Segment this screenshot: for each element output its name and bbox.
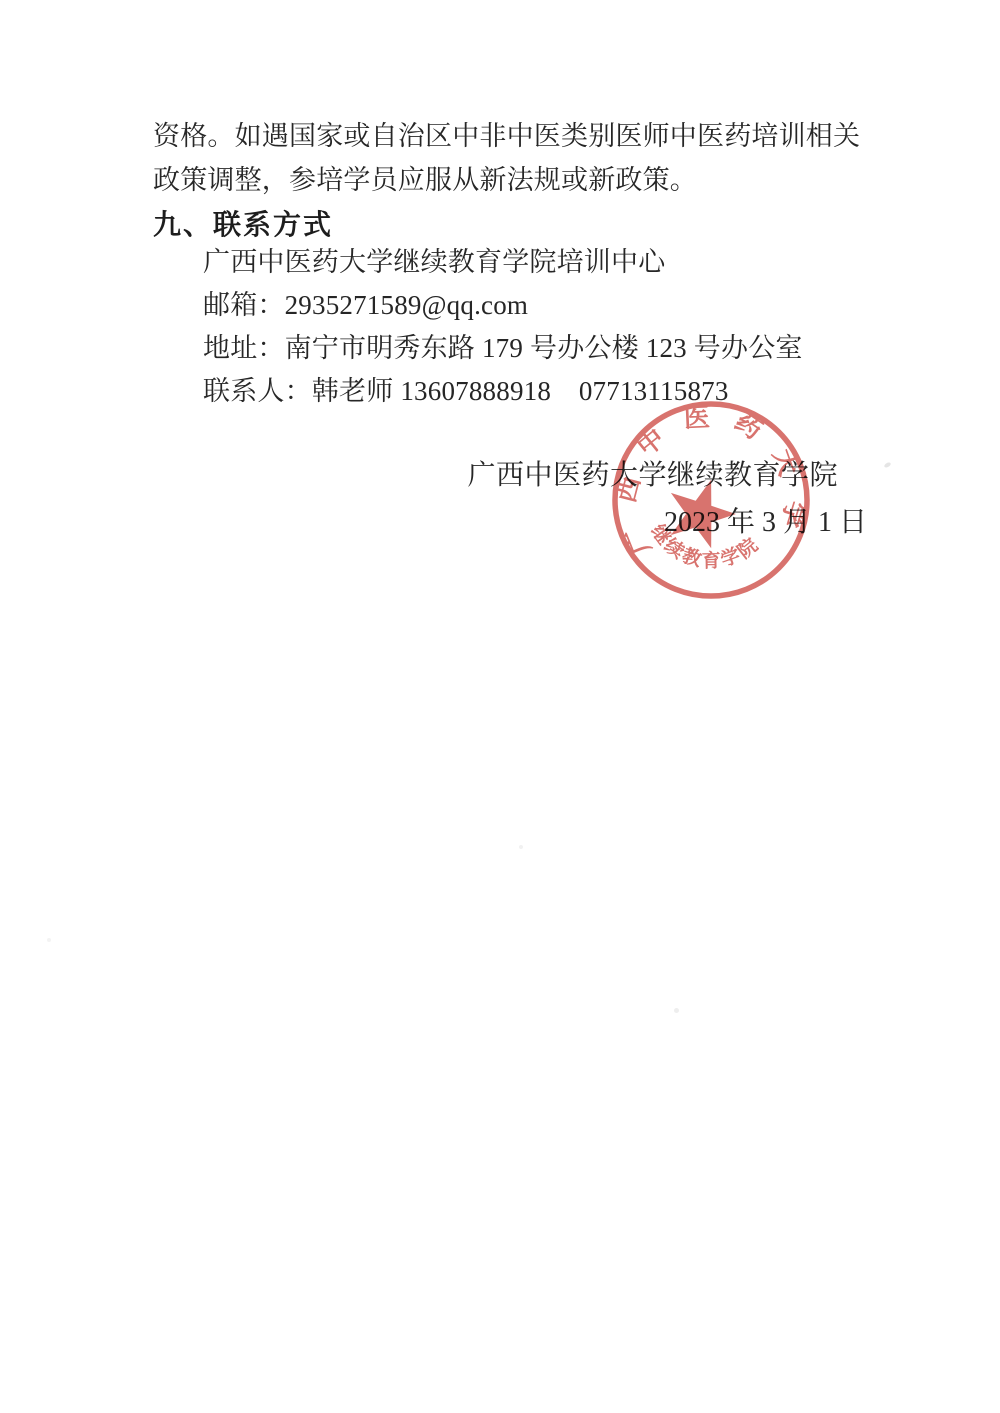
contact-email-line: 邮箱：2935271589@qq.com: [203, 289, 528, 323]
scan-artifact: [519, 845, 523, 849]
contact-person-line: 联系人：韩老师 13607888918 07713115873: [203, 375, 729, 409]
contact-address-line: 地址：南宁市明秀东路 179 号办公楼 123 号办公室: [203, 332, 803, 366]
seal-border-circle: [615, 404, 807, 596]
paragraph-line: 政策调整，参培学员应服从新法规或新政策。: [153, 164, 697, 198]
document-page: 资格。如遇国家或自治区中非中医类别医师中医药培训相关 政策调整，参培学员应服从新…: [0, 0, 1000, 1413]
scan-artifact: [674, 1008, 679, 1013]
official-seal: 广西中医药大学 继续教育学院: [601, 390, 821, 610]
scan-artifact: [883, 462, 891, 469]
paragraph-line: 资格。如遇国家或自治区中非中医类别医师中医药培训相关: [153, 120, 860, 154]
signature-organization: 广西中医药大学继续教育学院: [467, 459, 838, 493]
scan-artifact: [47, 938, 51, 942]
section-heading: 九、联系方式: [153, 203, 333, 243]
signature-date: 2023 年 3 月 1 日: [664, 506, 867, 540]
contact-center-line: 广西中医药大学继续教育学院培训中心: [203, 246, 665, 280]
